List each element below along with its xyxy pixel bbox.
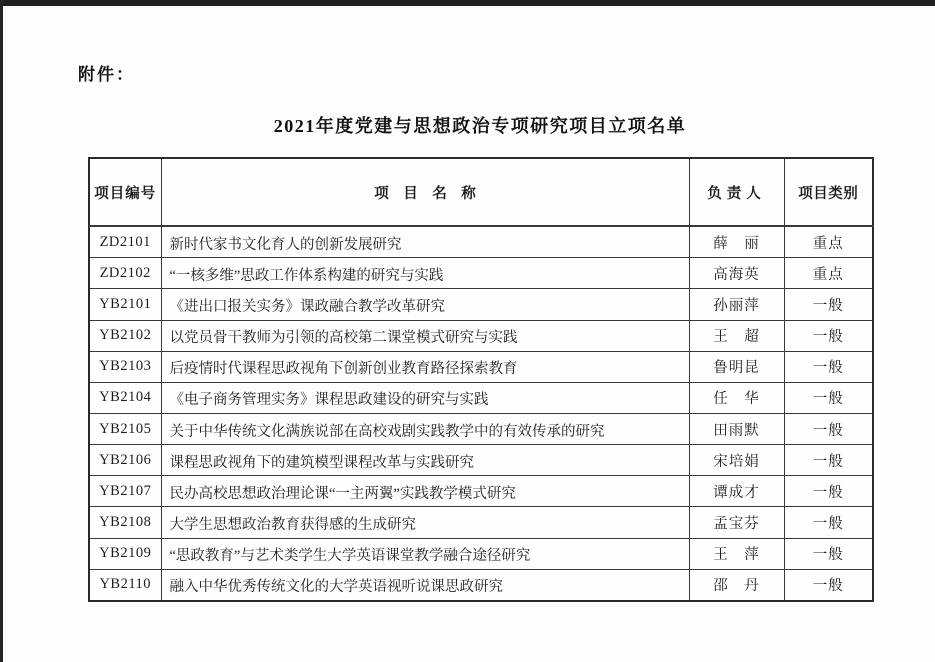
attachment-label: 附件：	[78, 60, 135, 85]
cell-leader: 邵 丹	[689, 569, 784, 601]
cell-leader: 宋培娟	[689, 445, 784, 476]
cell-leader: 王 萍	[689, 538, 784, 569]
cell-category: 一般	[784, 289, 873, 320]
cell-project-name: “一核多维”思政工作体系构建的研究与实践	[161, 258, 689, 289]
cell-project-name: 新时代家书文化育人的创新发展研究	[161, 226, 689, 258]
cell-project-name: 民办高校思想政治理论课“一主两翼”实践教学模式研究	[161, 476, 689, 507]
scanned-document: 附件： 2021年度党建与思想政治专项研究项目立项名单 项目编号 项 目 名 称…	[0, 0, 935, 662]
cell-project-name: 以党员骨干教师为引领的高校第二课堂模式研究与实践	[161, 320, 689, 351]
cell-project-code: YB2107	[89, 476, 161, 507]
cell-project-code: YB2101	[89, 289, 161, 320]
cell-project-code: YB2104	[89, 382, 161, 413]
table-row: YB2110 融入中华优秀传统文化的大学英语视听说课思政研究 邵 丹 一般	[89, 569, 873, 601]
cell-category: 一般	[784, 320, 873, 351]
column-header-project-category: 项目类别	[784, 158, 873, 226]
cell-leader: 孙丽萍	[689, 289, 784, 320]
cell-project-name: 《进出口报关实务》课政融合教学改革研究	[161, 289, 689, 320]
table-row: ZD2101 新时代家书文化育人的创新发展研究 薛 丽 重点	[89, 226, 873, 258]
column-header-project-code: 项目编号	[89, 158, 161, 226]
cell-leader: 高海英	[689, 258, 784, 289]
table-row: YB2101 《进出口报关实务》课政融合教学改革研究 孙丽萍 一般	[89, 289, 873, 320]
scan-edge-top	[0, 0, 935, 6]
cell-project-name: 大学生思想政治教育获得感的生成研究	[161, 507, 689, 538]
cell-project-name: “思政教育”与艺术类学生大学英语课堂教学融合途径研究	[161, 538, 689, 569]
cell-project-code: YB2103	[89, 351, 161, 382]
cell-project-code: YB2102	[89, 320, 161, 351]
cell-leader: 王 超	[689, 320, 784, 351]
table-row: YB2106 课程思政视角下的建筑模型课程改革与实践研究 宋培娟 一般	[89, 445, 873, 476]
cell-leader: 谭成才	[689, 476, 784, 507]
cell-leader: 任 华	[689, 382, 784, 413]
scan-edge-left	[0, 0, 3, 662]
table-row: YB2107 民办高校思想政治理论课“一主两翼”实践教学模式研究 谭成才 一般	[89, 476, 873, 507]
cell-project-name: 关于中华传统文化满族说部在高校戏剧实践教学中的有效传承的研究	[161, 413, 689, 444]
cell-category: 一般	[784, 445, 873, 476]
table-row: YB2104 《电子商务管理实务》课程思政建设的研究与实践 任 华 一般	[89, 382, 873, 413]
table-row: ZD2102 “一核多维”思政工作体系构建的研究与实践 高海英 重点	[89, 258, 873, 289]
cell-project-code: YB2105	[89, 413, 161, 444]
cell-project-code: YB2108	[89, 507, 161, 538]
table-row: YB2109 “思政教育”与艺术类学生大学英语课堂教学融合途径研究 王 萍 一般	[89, 538, 873, 569]
document-title: 2021年度党建与思想政治专项研究项目立项名单	[88, 112, 872, 138]
cell-leader: 鲁明昆	[689, 351, 784, 382]
cell-category: 一般	[784, 538, 873, 569]
cell-category: 一般	[784, 507, 873, 538]
cell-category: 一般	[784, 351, 873, 382]
cell-leader: 薛 丽	[689, 226, 784, 258]
table-row: YB2108 大学生思想政治教育获得感的生成研究 孟宝芬 一般	[89, 507, 873, 538]
cell-category: 一般	[784, 569, 873, 601]
cell-category: 一般	[784, 413, 873, 444]
projects-table: 项目编号 项 目 名 称 负责人 项目类别 ZD2101 新时代家书文化育人的创…	[88, 157, 874, 602]
cell-leader: 孟宝芬	[689, 507, 784, 538]
cell-project-code: ZD2101	[89, 226, 161, 258]
cell-project-code: YB2109	[89, 538, 161, 569]
cell-project-name: 课程思政视角下的建筑模型课程改革与实践研究	[161, 445, 689, 476]
cell-leader: 田雨默	[689, 413, 784, 444]
cell-category: 一般	[784, 476, 873, 507]
column-header-project-name: 项 目 名 称	[161, 158, 689, 226]
table-row: YB2105 关于中华传统文化满族说部在高校戏剧实践教学中的有效传承的研究 田雨…	[89, 413, 873, 444]
column-header-leader: 负责人	[689, 158, 784, 226]
cell-category: 重点	[784, 226, 873, 258]
table-row: YB2103 后疫情时代课程思政视角下创新创业教育路径探索教育 鲁明昆 一般	[89, 351, 873, 382]
cell-project-name: 融入中华优秀传统文化的大学英语视听说课思政研究	[161, 569, 689, 601]
cell-project-code: YB2106	[89, 445, 161, 476]
cell-project-code: YB2110	[89, 569, 161, 601]
cell-project-name: 《电子商务管理实务》课程思政建设的研究与实践	[161, 382, 689, 413]
cell-category: 一般	[784, 382, 873, 413]
cell-project-code: ZD2102	[89, 258, 161, 289]
cell-category: 重点	[784, 258, 873, 289]
table-row: YB2102 以党员骨干教师为引领的高校第二课堂模式研究与实践 王 超 一般	[89, 320, 873, 351]
cell-project-name: 后疫情时代课程思政视角下创新创业教育路径探索教育	[161, 351, 689, 382]
table-header-row: 项目编号 项 目 名 称 负责人 项目类别	[89, 158, 873, 226]
